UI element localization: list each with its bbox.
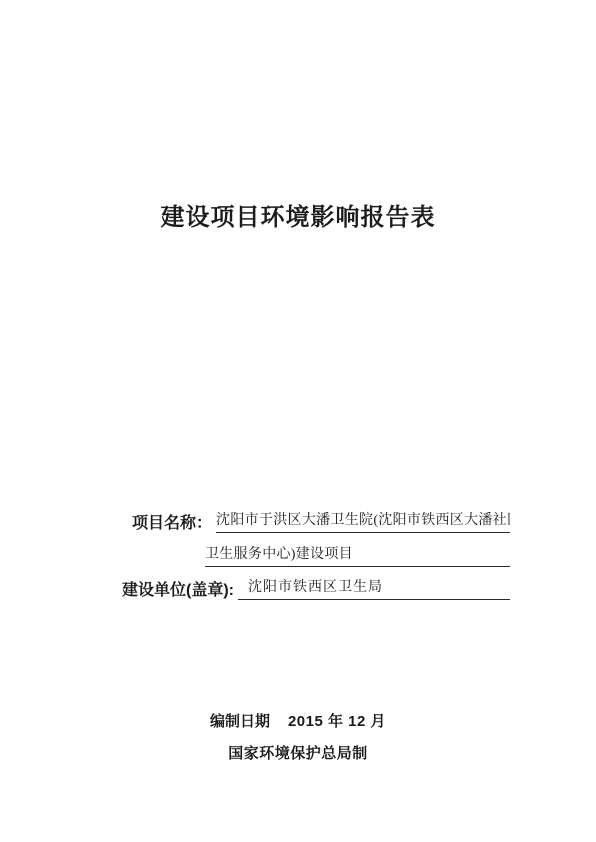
compile-date-value: 2015 年 12 月: [288, 710, 386, 731]
report-title: 建设项目环境影响报告表: [0, 197, 596, 232]
construction-unit-label: 建设单位(盖章):: [122, 577, 234, 600]
report-cover-page: 建设项目环境影响报告表 项目名称： 沈阳市于洪区大潘卫生院(沈阳市铁西区大潘社区…: [0, 0, 596, 842]
construction-unit-value: 沈阳市铁西区卫生局: [238, 576, 510, 600]
project-name-label: 项目名称：: [132, 510, 212, 533]
compile-date-label: 编制日期: [210, 713, 270, 730]
construction-unit-row: 建设单位(盖章): 沈阳市铁西区卫生局: [122, 576, 510, 600]
project-name-row: 项目名称： 沈阳市于洪区大潘卫生院(沈阳市铁西区大潘社区: [132, 509, 510, 533]
project-name-value-line1: 沈阳市于洪区大潘卫生院(沈阳市铁西区大潘社区: [216, 509, 510, 533]
project-name-value-line2: 卫生服务中心)建设项目: [205, 543, 510, 567]
compile-date-line: 编制日期2015 年 12 月: [0, 710, 596, 731]
issuer-line: 国家环境保护总局制: [0, 742, 596, 763]
